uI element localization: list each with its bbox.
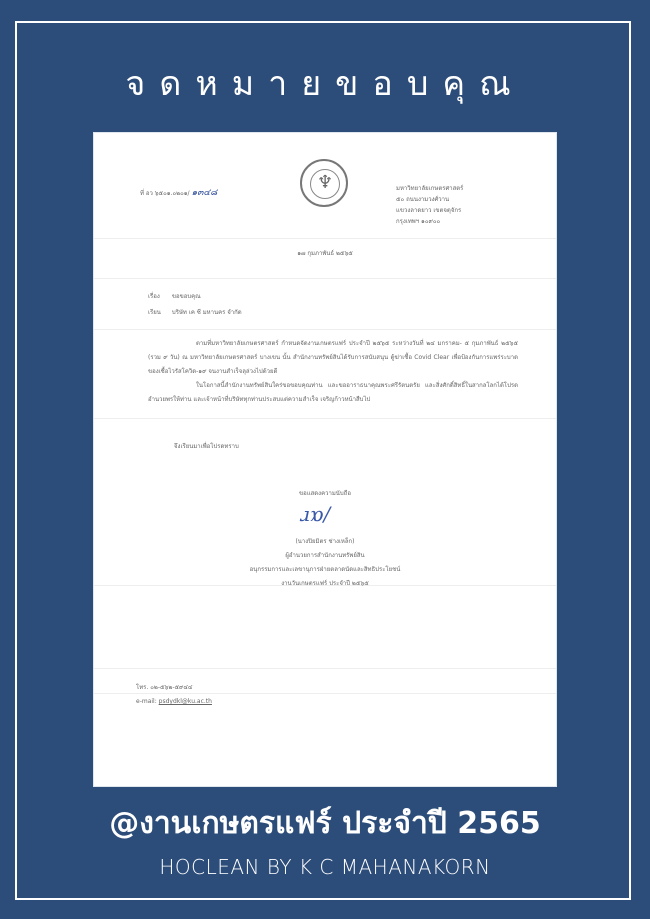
letter-document: ที่ อว ๖๕๐๑.๐๒๐๑/ ๑๓๔๘ ♆ มหาวิทยาลัยเกษต… xyxy=(94,133,556,786)
address-line: ๕๐ ถนนงามวงศ์วาน xyxy=(396,194,463,205)
reference-handwritten: ๑๓๔๘ xyxy=(192,188,218,198)
subject-line: เรื่อง ขอขอบคุณ xyxy=(148,291,201,301)
recipient-label: เรียน xyxy=(148,307,170,317)
email-line: e-mail: psdydkl@ku.ac.th xyxy=(136,695,212,709)
phone-value: ๐๒-๕๖๒-๕๙๔๔ xyxy=(150,684,192,691)
divider xyxy=(94,238,556,239)
divider xyxy=(94,418,556,419)
letter-date: ๑๗ กุมภาพันธ์ ๒๕๖๕ xyxy=(94,248,556,258)
email-label: e-mail: xyxy=(136,698,157,705)
poster-title: จดหมายขอบคุณ xyxy=(0,56,650,110)
signatory-block: (นางปิยมิตร ช่างเหล็ก) ผู้อำนวยการสำนักง… xyxy=(94,535,556,591)
recipient-value: บริษัท เค ซี มหานคร จำกัด xyxy=(172,309,242,316)
phone-line: โทร. ๐๒-๕๖๒-๕๙๔๔ xyxy=(136,681,212,695)
phone-label: โทร. xyxy=(136,684,148,691)
brand-subtitle: HOCLEAN BY K C MAHANAKORN xyxy=(0,855,650,879)
paragraph: ในโอกาสนี้สำนักงานทรัพย์สินใคร่ขอขอบคุณท… xyxy=(148,379,518,407)
email-link[interactable]: psdydkl@ku.ac.th xyxy=(159,698,212,705)
reference-prefix: ที่ อว ๖๕๐๑.๐๒๐๑/ xyxy=(140,190,190,197)
closing-line: จึงเรียนมาเพื่อโปรดทราบ xyxy=(174,441,239,451)
divider xyxy=(94,278,556,279)
seal-emblem-icon: ♆ xyxy=(317,172,333,193)
signatory-title: ผู้อำนวยการสำนักงานทรัพย์สิน xyxy=(94,549,556,563)
event-title: @งานเกษตรแฟร์ ประจำปี 2565 xyxy=(0,800,650,847)
signatory-title: งานวันเกษตรแฟร์ ประจำปี ๒๕๖๕ xyxy=(94,577,556,591)
reference-number: ที่ อว ๖๕๐๑.๐๒๐๑/ ๑๓๔๘ xyxy=(140,185,217,199)
divider xyxy=(94,329,556,330)
handwritten-signature-icon: ɹɒ/ xyxy=(300,502,330,526)
signatory-name: (นางปิยมิตร ช่างเหล็ก) xyxy=(94,535,556,549)
address-line: แขวงลาดยาว เขตจตุจักร xyxy=(396,205,463,216)
subject-label: เรื่อง xyxy=(148,291,170,301)
regards-line: ขอแสดงความนับถือ xyxy=(94,488,556,500)
contact-info: โทร. ๐๒-๕๖๒-๕๙๔๔ e-mail: psdydkl@ku.ac.t… xyxy=(136,681,212,709)
address-line: มหาวิทยาลัยเกษตรศาสตร์ xyxy=(396,183,463,194)
address-line: กรุงเทพฯ ๑๐๙๐๐ xyxy=(396,216,463,227)
sender-address: มหาวิทยาลัยเกษตรศาสตร์ ๕๐ ถนนงามวงศ์วาน … xyxy=(396,183,463,227)
signatory-title: อนุกรรมการและเลขานุการฝ่ายตลาดนัดและสิทธ… xyxy=(94,563,556,577)
divider xyxy=(94,668,556,669)
letter-body: ตามที่มหาวิทยาลัยเกษตรศาสตร์ กำหนดจัดงาน… xyxy=(148,337,518,407)
university-seal-icon: ♆ xyxy=(300,159,348,207)
subject-value: ขอขอบคุณ xyxy=(172,293,201,300)
paragraph: ตามที่มหาวิทยาลัยเกษตรศาสตร์ กำหนดจัดงาน… xyxy=(148,337,518,379)
recipient-line: เรียน บริษัท เค ซี มหานคร จำกัด xyxy=(148,307,242,317)
